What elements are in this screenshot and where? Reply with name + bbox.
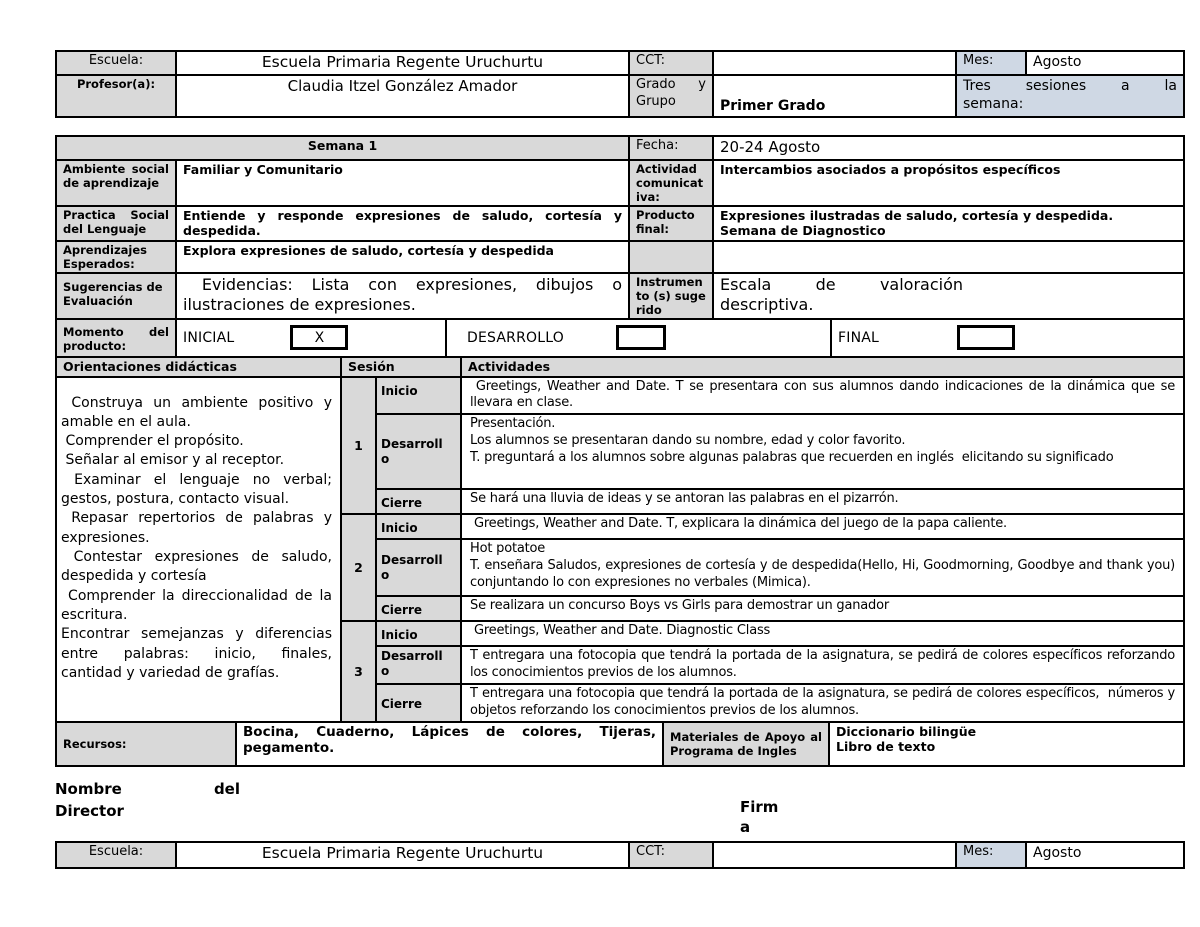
recursos-table: Recursos: Bocina, Cuaderno, Lápices de c… [55, 721, 1185, 767]
sesion-header: Sesión [341, 357, 461, 377]
producto-value: Expresiones ilustradas de saludo, cortes… [713, 206, 1184, 241]
inicial-label: INICIAL [183, 330, 234, 346]
desarrollo-label: DESARROLLO [467, 330, 564, 346]
teacher-label: Profesor(a): [56, 75, 176, 117]
header-table: Escuela: Escuela Primaria Regente Uruchu… [55, 50, 1185, 118]
session-2-desarrollo-label: Desarrollo [376, 539, 461, 596]
footer-school-name: Escuela Primaria Regente Uruchurtu [176, 842, 629, 868]
phase-label: Inicio [381, 384, 418, 399]
spacer [55, 118, 1200, 135]
momento-table: Momento del producto: INICIAL X DESARROL… [55, 318, 1185, 358]
week-label: Semana 1 [56, 136, 629, 160]
inicial-checkbox: X [290, 325, 348, 350]
school-name: Escuela Primaria Regente Uruchurtu [176, 51, 629, 75]
session-2-desarrollo-text: Hot potatoe T. enseñara Saludos, expresi… [461, 539, 1184, 596]
actividades-header: Actividades [461, 357, 1184, 377]
evidencias-value: Evidencias: Lista con expresiones, dibuj… [176, 273, 629, 319]
recursos-value: Bocina, Cuaderno, Lápices de colores, Ti… [236, 722, 663, 766]
session-2-inicio-text: Greetings, Weather and Date. T, explicar… [461, 514, 1184, 539]
grade-value: Primer Grado [713, 75, 956, 117]
aprendizajes-label: Aprendizajes Esperados: [56, 241, 176, 273]
month-label: Mes: [956, 51, 1026, 75]
ambiente-label: Ambiente social de aprendizaje [56, 160, 176, 206]
session-3-cierre-label: Cierre [376, 684, 461, 722]
empty-label-cell [629, 241, 713, 273]
month-value: Agosto [1026, 51, 1184, 75]
session-1-cierre-text: Se hará una lluvia de ideas y se antoran… [461, 489, 1184, 514]
session-1-cierre-label: Cierre [376, 489, 461, 514]
session-1-inicio-label: Inicio [376, 377, 461, 415]
momento-label: Momento del producto: [56, 319, 176, 357]
phase-label: Desarrollo [381, 437, 443, 467]
momento-inicial-cell: INICIAL X [176, 319, 446, 357]
footer-month-label: Mes: [956, 842, 1026, 868]
footer-month-value: Agosto [1026, 842, 1184, 868]
signature-zone: Nombre del Director Firma [55, 779, 1183, 841]
session-1-number: 1 [341, 377, 376, 515]
grade-label: Grado y Grupo [629, 75, 713, 117]
practica-value: Entiende y responde expresiones de salud… [176, 206, 629, 241]
session-1-inicio-text: Greetings, Weather and Date. T se presen… [461, 377, 1184, 415]
materiales-value: Diccionario bilingüe Libro de texto [829, 722, 1184, 766]
director-name-label: Nombre del Director [55, 779, 240, 823]
footer-cct-value [713, 842, 956, 868]
fecha-value: 20-24 Agosto [713, 136, 1184, 160]
instrumento-label: Instrumento (s) sugerido [629, 273, 713, 319]
actividad-label: Actividad comunicativa: [629, 160, 713, 206]
session-2-cierre-text: Se realizara un concurso Boys vs Girls p… [461, 596, 1184, 621]
empty-value-cell [713, 241, 1184, 273]
momento-desarrollo-cell: DESARROLLO [446, 319, 831, 357]
phase-label: Cierre [381, 496, 422, 511]
phase-label: Inicio [381, 628, 418, 643]
footer-cct-label: CCT: [629, 842, 713, 868]
phase-label: Cierre [381, 697, 422, 712]
phase-label: Desarrollo [381, 649, 443, 679]
final-checkbox [957, 325, 1015, 350]
weekly-sessions-label: Tres sesiones a la semana: [956, 75, 1184, 117]
sugerencias-label: Sugerencias de Evaluación [56, 273, 176, 319]
cct-label: CCT: [629, 51, 713, 75]
session-3-desarrollo-label: Desarrollo [376, 646, 461, 684]
final-label: FINAL [838, 330, 879, 346]
phase-label: Inicio [381, 521, 418, 536]
orientaciones-header: Orientaciones didácticas [56, 357, 341, 377]
plan-context-table: Semana 1 Fecha: 20-24 Agosto Ambiente so… [55, 135, 1185, 320]
phase-label: Cierre [381, 603, 422, 618]
orientaciones-text: Construya un ambiente positivo y amable … [56, 377, 341, 722]
producto-label: Producto final: [629, 206, 713, 241]
school-label: Escuela: [56, 51, 176, 75]
session-3-cierre-text: T entregara una fotocopia que tendrá la … [461, 684, 1184, 722]
session-3-inicio-label: Inicio [376, 621, 461, 646]
momento-final-cell: FINAL [831, 319, 1184, 357]
recursos-label: Recursos: [56, 722, 236, 766]
phase-label: Desarrollo [381, 553, 443, 583]
instrumento-value: Escala de valoración descriptiva. [713, 273, 1184, 319]
teacher-name: Claudia Itzel González Amador [176, 75, 629, 117]
session-2-inicio-label: Inicio [376, 514, 461, 539]
desarrollo-checkbox [616, 325, 666, 350]
aprendizajes-value: Explora expresiones de saludo, cortesía … [176, 241, 629, 273]
lesson-plan-page: Escuela: Escuela Primaria Regente Uruchu… [0, 0, 1200, 869]
actividad-value: Intercambios asociados a propósitos espe… [713, 160, 1184, 206]
session-3-desarrollo-text: T entregara una fotocopia que tendrá la … [461, 646, 1184, 684]
materiales-label: Materiales de Apoyo al Programa de Ingle… [663, 722, 829, 766]
practica-label: Practica Social del Lenguaje [56, 206, 176, 241]
session-2-cierre-label: Cierre [376, 596, 461, 621]
session-1-desarrollo-text: Presentación. Los alumnos se presentaran… [461, 414, 1184, 489]
signature-label: Firma [740, 797, 784, 838]
session-3-inicio-text: Greetings, Weather and Date. Diagnostic … [461, 621, 1184, 646]
sessions-table: Orientaciones didácticas Sesión Activida… [55, 356, 1185, 723]
session-2-number: 2 [341, 514, 376, 621]
session-3-number: 3 [341, 621, 376, 722]
fecha-label: Fecha: [629, 136, 713, 160]
footer-table: Escuela: Escuela Primaria Regente Uruchu… [55, 841, 1185, 869]
cct-value [713, 51, 956, 75]
footer-school-label: Escuela: [56, 842, 176, 868]
ambiente-value: Familiar y Comunitario [176, 160, 629, 206]
session-1-desarrollo-label: Desarrollo [376, 414, 461, 489]
